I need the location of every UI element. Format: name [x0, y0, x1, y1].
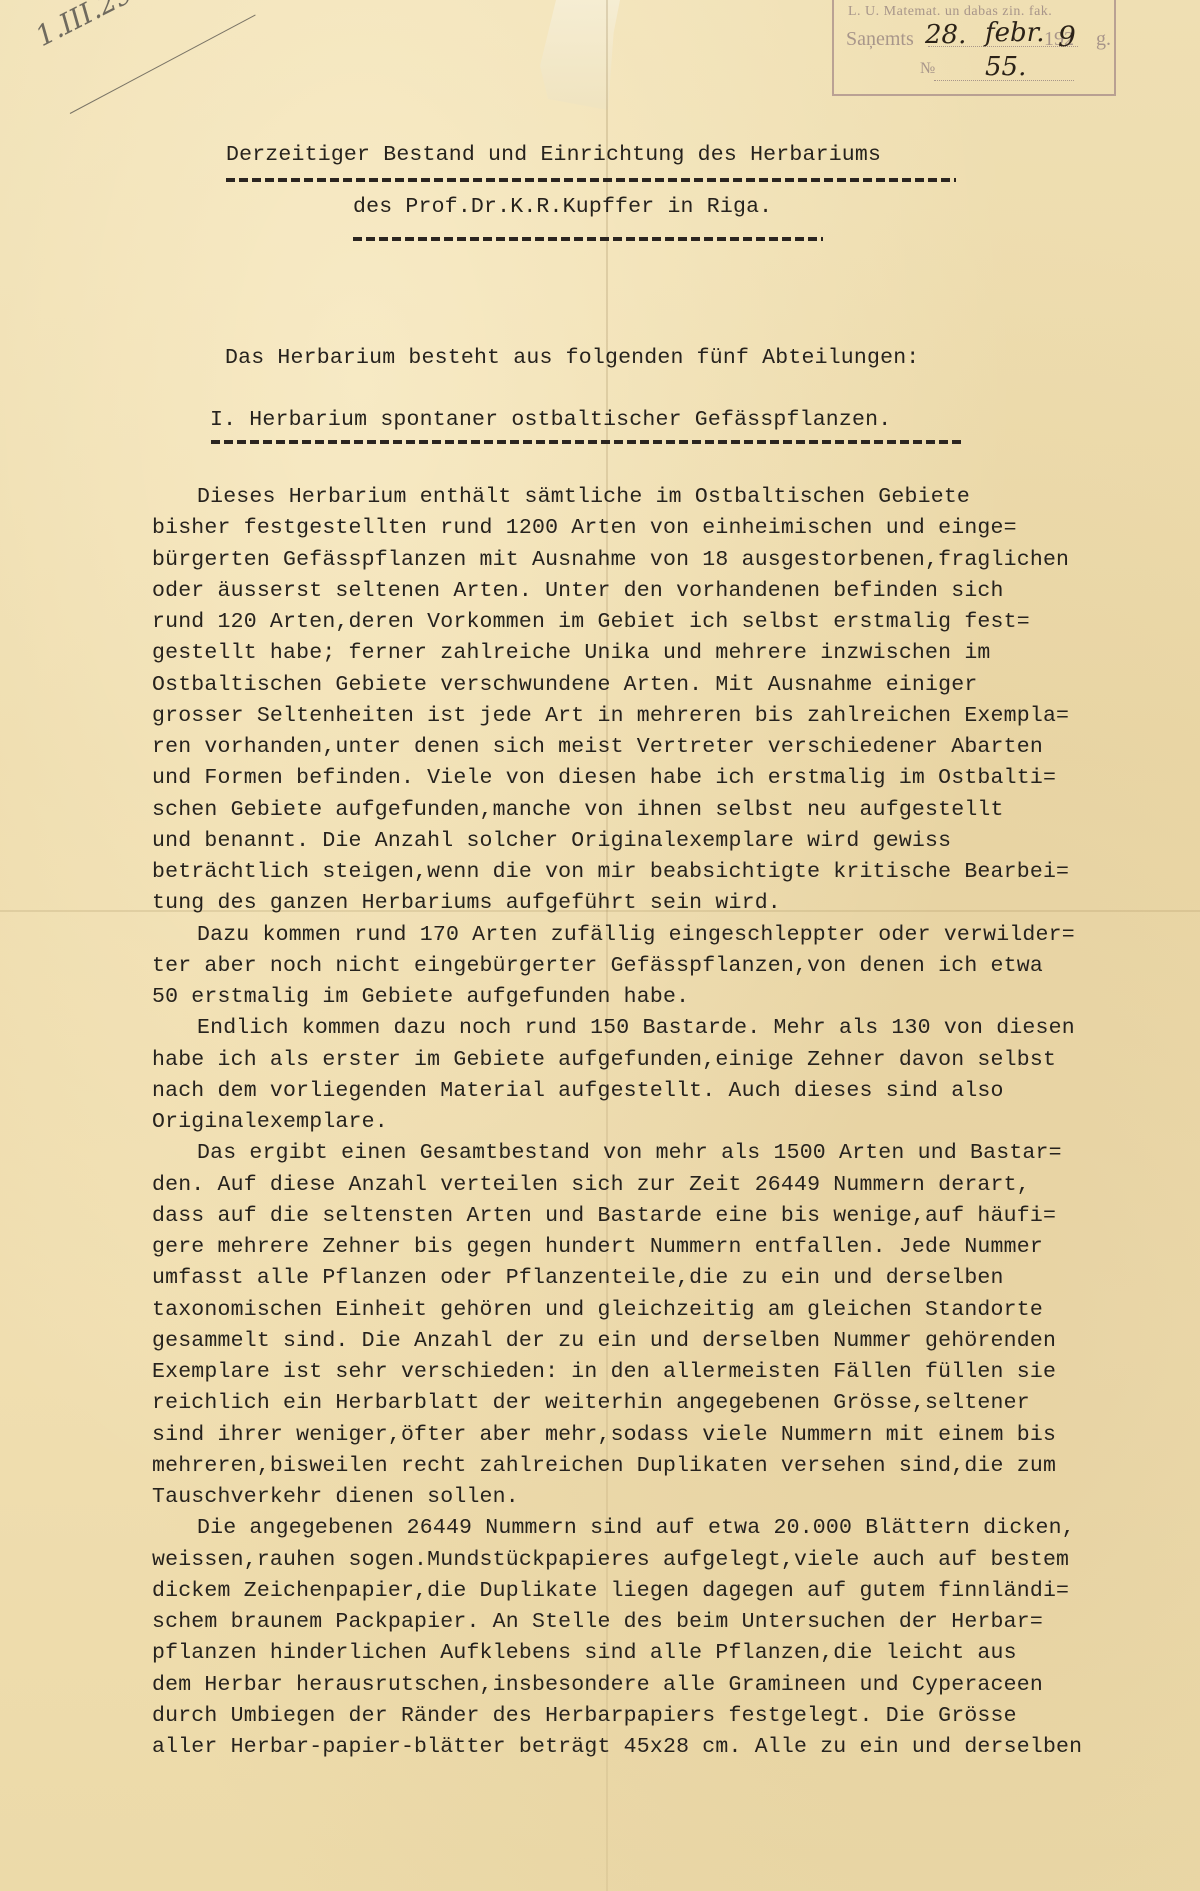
text-line: pflanzen hinderlichen Aufklebens sind al… [152, 1638, 1082, 1669]
text-line: beträchtlich steigen,wenn die von mir be… [152, 857, 1082, 888]
text-line: Ostbaltischen Gebiete verschwundene Arte… [152, 670, 1082, 701]
text-line: gere mehrere Zehner bis gegen hundert Nu… [152, 1232, 1082, 1263]
text-line: Originalexemplare. [152, 1107, 1082, 1138]
text-line: taxonomischen Einheit gehören und gleich… [152, 1295, 1082, 1326]
document-page: 1.III.29. sēdē L. U. Matemat. un dabas z… [0, 0, 1200, 1891]
text-line: dickem Zeichenpapier,die Duplikate liege… [152, 1576, 1082, 1607]
text-line: bisher festgestellten rund 1200 Arten vo… [152, 513, 1082, 544]
text-line: habe ich als erster im Gebiete aufgefund… [152, 1045, 1082, 1076]
text-line: ter aber noch nicht eingebürgerter Gefäs… [152, 951, 1082, 982]
text-line: durch Umbiegen der Ränder des Herbarpapi… [152, 1701, 1082, 1732]
text-line: ren vorhanden,unter denen sich meist Ver… [152, 732, 1082, 763]
document-subtitle: des Prof.Dr.K.R.Kupffer in Riga. [353, 192, 772, 223]
text-line: mehreren,bisweilen recht zahlreichen Dup… [152, 1451, 1082, 1482]
text-line: tung des ganzen Herbariums aufgeführt se… [152, 888, 1082, 919]
stamp-received-label: Saņemts [846, 28, 914, 51]
text-line: reichlich ein Herbarblatt der weiterhin … [152, 1388, 1082, 1419]
text-line: bürgerten Gefässpflanzen mit Ausnahme vo… [152, 545, 1082, 576]
handwritten-day: 28. [925, 20, 966, 50]
text-line: weissen,rauhen sogen.Mundstückpapieres a… [152, 1545, 1082, 1576]
text-line: oder äusserst seltenen Arten. Unter den … [152, 576, 1082, 607]
text-line: Dieses Herbarium enthält sämtliche im Os… [152, 482, 1082, 513]
text-line: grosser Seltenheiten ist jede Art in meh… [152, 701, 1082, 732]
handwritten-number: 55. [985, 52, 1026, 82]
handwritten-month: febr. [985, 18, 1045, 48]
body-text: Dieses Herbarium enthält sämtliche im Os… [152, 482, 1082, 1763]
handwritten-year-digit: 9 [1058, 20, 1076, 53]
text-line: und benannt. Die Anzahl solcher Original… [152, 826, 1082, 857]
text-line: gestellt habe; ferner zahlreiche Unika u… [152, 638, 1082, 669]
text-line: Dazu kommen rund 170 Arten zufällig eing… [152, 920, 1082, 951]
text-line: rund 120 Arten,deren Vorkommen im Gebiet… [152, 607, 1082, 638]
document-title: Derzeitiger Bestand und Einrichtung des … [226, 140, 881, 171]
text-line: sind ihrer weniger,öfter aber mehr,sodas… [152, 1420, 1082, 1451]
text-line: nach dem vorliegenden Material aufgestel… [152, 1076, 1082, 1107]
text-line: dem Herbar herausrutschen,insbesondere a… [152, 1670, 1082, 1701]
text-line: Das ergibt einen Gesamtbestand von mehr … [152, 1138, 1082, 1169]
stamp-year-suffix: g. [1096, 28, 1111, 51]
text-line: schen Gebiete aufgefunden,manche von ihn… [152, 795, 1082, 826]
text-line: und Formen befinden. Viele von diesen ha… [152, 763, 1082, 794]
text-line: 50 erstmalig im Gebiete aufgefunden habe… [152, 982, 1082, 1013]
section-heading: I. Herbarium spontaner ostbaltischer Gef… [210, 405, 891, 436]
text-line: aller Herbar-papier-blätter beträgt 45x2… [152, 1732, 1082, 1763]
text-line: Endlich kommen dazu noch rund 150 Bastar… [152, 1013, 1082, 1044]
pencil-underline [70, 14, 256, 113]
stamp-number-label: № [920, 60, 935, 78]
text-line: den. Auf diese Anzahl verteilen sich zur… [152, 1170, 1082, 1201]
text-line: gesammelt sind. Die Anzahl der zu ein un… [152, 1326, 1082, 1357]
text-line: Tauschverkehr dienen sollen. [152, 1482, 1082, 1513]
section-underline [211, 440, 961, 444]
text-line: schem braunem Packpapier. An Stelle des … [152, 1607, 1082, 1638]
text-line: dass auf die seltensten Arten und Bastar… [152, 1201, 1082, 1232]
intro-sentence: Das Herbarium besteht aus folgenden fünf… [225, 343, 919, 374]
subtitle-underline [353, 237, 823, 241]
text-line: Die angegebenen 26449 Nummern sind auf e… [152, 1513, 1082, 1544]
text-line: Exemplare ist sehr verschieden: in den a… [152, 1357, 1082, 1388]
paper-tear [540, 0, 620, 110]
pencil-annotation: 1.III.29. sēdē [30, 0, 212, 53]
text-line: umfasst alle Pflanzen oder Pflanzenteile… [152, 1263, 1082, 1294]
title-underline [226, 178, 956, 182]
